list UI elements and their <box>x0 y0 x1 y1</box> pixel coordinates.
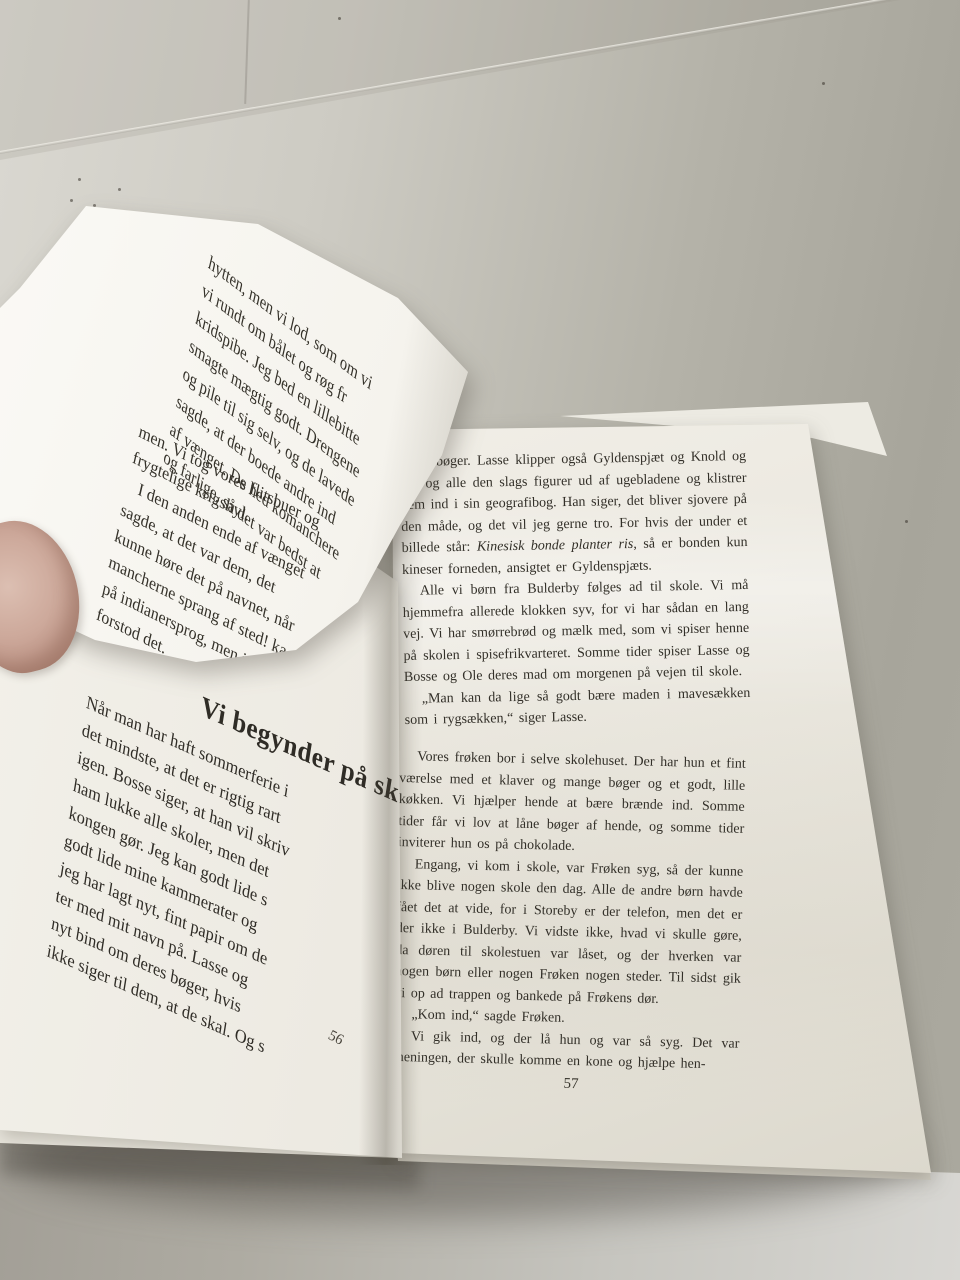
turning-page: hytten, men vi lod, som om vivi rundt om… <box>0 0 960 1280</box>
photo-of-open-book: { "book": { "turning_page": { "lines_upp… <box>0 0 960 1280</box>
turning-page-wrap: hytten, men vi lod, som om vivi rundt om… <box>0 0 960 1280</box>
